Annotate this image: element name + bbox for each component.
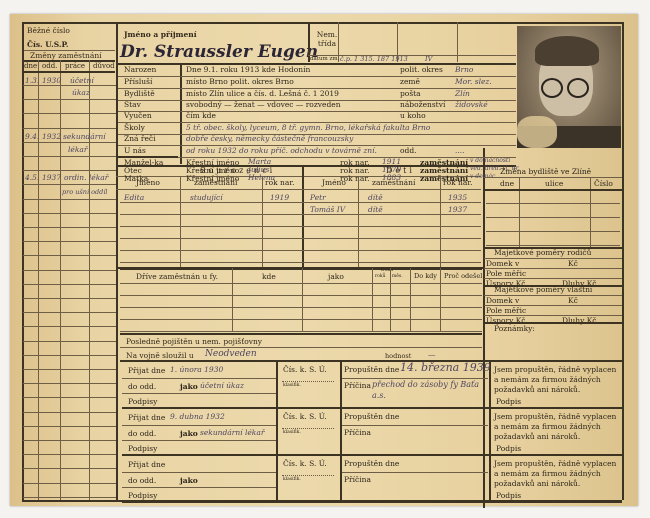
nem-trida-label: Nem. třída bbox=[313, 30, 341, 48]
rule bbox=[120, 268, 482, 270]
military-value: Neodveden bbox=[205, 349, 257, 359]
rule bbox=[23, 483, 116, 484]
property-kc: Kč bbox=[568, 259, 578, 268]
col-header: Jméno bbox=[136, 178, 160, 187]
divider bbox=[22, 71, 115, 73]
rule bbox=[120, 319, 482, 320]
property-field: Pole měřic bbox=[486, 306, 526, 315]
right-border bbox=[622, 22, 624, 500]
dept-label: do odd. bbox=[128, 429, 156, 438]
personal-row-value: 5 tř. obec. školy, lyceum, 8 tř. gymn. B… bbox=[186, 123, 430, 132]
rule bbox=[122, 472, 276, 473]
hired-label: Přijat dne bbox=[128, 460, 165, 469]
personal-right-value: Mor. slez. bbox=[455, 77, 492, 86]
name-label: Jméno a příjmení bbox=[124, 30, 197, 39]
reason-label: Příčina bbox=[344, 428, 371, 437]
residence-col: dne bbox=[500, 179, 514, 188]
csu-label: Čís. k. S. Ú. bbox=[283, 412, 327, 421]
as-label: jako bbox=[180, 382, 198, 391]
divider bbox=[120, 333, 482, 335]
changes-title: Změny zaměstnání bbox=[30, 51, 102, 60]
person-job: dítě bbox=[368, 205, 383, 214]
classification-label: klasifik. bbox=[283, 383, 301, 388]
military-label: Na vojně sloužil u bbox=[126, 351, 194, 360]
residence-col: Číslo bbox=[594, 179, 613, 188]
personal-row-label: Bydliště bbox=[124, 89, 155, 98]
rule bbox=[23, 355, 116, 356]
signature-label: Podpis bbox=[496, 397, 521, 406]
personal-row-value: svobodný — ženat — vdovec — rozveden bbox=[186, 100, 341, 109]
rule bbox=[120, 214, 481, 215]
residence-col: ulice bbox=[545, 179, 563, 188]
divider bbox=[457, 22, 458, 62]
release-value: 14. března 1939 bbox=[400, 361, 491, 374]
personal-row-label: Stav bbox=[124, 100, 141, 109]
person-job: studující bbox=[190, 193, 223, 202]
change-work: úkaz bbox=[72, 88, 90, 97]
rule bbox=[302, 268, 303, 331]
rule bbox=[23, 397, 116, 398]
person-name: Edita bbox=[124, 193, 144, 202]
change-date: 1.3. bbox=[25, 76, 39, 85]
running-number-label: Běžné číslo bbox=[27, 26, 70, 35]
rule bbox=[340, 360, 342, 500]
signatures-label: Podpisy bbox=[128, 397, 157, 406]
divider bbox=[302, 165, 304, 267]
personal-row-label: U nás bbox=[124, 146, 146, 155]
rule bbox=[23, 341, 116, 342]
rule bbox=[23, 170, 116, 171]
rule bbox=[23, 497, 116, 498]
rule bbox=[23, 270, 116, 271]
rule bbox=[122, 393, 276, 394]
as-label: jako bbox=[180, 429, 198, 438]
rule bbox=[122, 407, 622, 409]
person-name: Tomáš IV bbox=[310, 205, 345, 214]
change-year: 1930 bbox=[42, 76, 61, 85]
usp-label: Čís. U.S.P. bbox=[27, 40, 69, 49]
rule bbox=[23, 312, 116, 313]
person-job: dítě bbox=[368, 193, 383, 202]
rule bbox=[486, 203, 620, 204]
rule bbox=[282, 381, 334, 382]
notes-label: Poznámky: bbox=[494, 324, 535, 333]
person-year: 1937 bbox=[448, 205, 467, 214]
change-year: 1932 bbox=[42, 132, 61, 141]
as-label: jako bbox=[180, 476, 198, 485]
rule bbox=[23, 412, 116, 413]
rule bbox=[486, 231, 620, 232]
rule bbox=[116, 189, 481, 190]
personal-right-label: země bbox=[400, 77, 420, 86]
prev-col-header: Proč odešel bbox=[444, 272, 482, 280]
rule bbox=[120, 202, 481, 203]
datum-value: č.p. 1 315. 187 1913 bbox=[340, 55, 408, 63]
job-value: v domácnosti bbox=[470, 157, 510, 164]
col-header-work: práce bbox=[65, 62, 85, 70]
top-border bbox=[22, 22, 622, 24]
hired-label: Přijat dne bbox=[128, 366, 165, 375]
property-field: Pole měřic bbox=[486, 269, 526, 278]
personal-row-value: Dne 9.1. roku 1913 kde Hodonín bbox=[186, 65, 310, 74]
rule bbox=[484, 189, 622, 191]
col-header: zaměstnání bbox=[194, 178, 237, 187]
release-label: Propuštěn dne bbox=[344, 365, 399, 374]
person-year: 1935 bbox=[448, 193, 467, 202]
as-value: účetní úkaz bbox=[200, 381, 244, 390]
personal-right-label: u koho bbox=[400, 111, 426, 120]
rule bbox=[120, 262, 481, 263]
rule bbox=[23, 326, 116, 327]
left-border bbox=[22, 22, 24, 500]
rule bbox=[23, 369, 116, 370]
rule bbox=[23, 241, 116, 242]
change-work: ordin. lékař bbox=[64, 173, 108, 182]
rule bbox=[23, 113, 116, 114]
release-statement: Jsem propuštěn, řádně vyplacen a nemám z… bbox=[494, 412, 620, 442]
release-statement: Jsem propuštěn, řádně vyplacen a nemám z… bbox=[494, 459, 620, 489]
rule bbox=[120, 283, 482, 284]
reason-label: Příčina bbox=[344, 475, 371, 484]
rule bbox=[23, 85, 116, 86]
datum-label: datum zm. bbox=[310, 56, 339, 62]
rule bbox=[342, 472, 488, 473]
change-date: 9.4. bbox=[25, 132, 39, 141]
personal-row-label: Narozen bbox=[124, 65, 156, 74]
property-house: Domek v bbox=[486, 259, 519, 268]
classification-label: klasifik. bbox=[283, 477, 301, 482]
rule bbox=[590, 177, 591, 247]
rule bbox=[276, 360, 278, 500]
divider bbox=[120, 347, 482, 348]
rule bbox=[23, 128, 116, 129]
as-value: sekundární lékař bbox=[200, 428, 264, 437]
col-header: Jméno bbox=[322, 178, 346, 187]
reason-value: přechod do zásoby fy Baťa a.s. bbox=[372, 379, 484, 401]
hired-value: 9. dubna 1932 bbox=[170, 412, 225, 421]
personal-row-value: místo Brno polit. okres Brno bbox=[186, 77, 294, 86]
rule bbox=[519, 177, 520, 247]
rule bbox=[120, 226, 481, 227]
rule bbox=[489, 360, 491, 500]
column-border bbox=[116, 22, 118, 500]
rule bbox=[390, 268, 391, 331]
change-work: pro ušní oddíl bbox=[62, 188, 108, 196]
prev-col-header: Do kdy bbox=[414, 272, 437, 280]
personal-row-label: Zná řeči bbox=[124, 134, 156, 143]
property-title: Majetkové poměry rodičů bbox=[494, 248, 591, 257]
name-value: Dr. Straussler Eugen bbox=[120, 42, 318, 62]
rule bbox=[282, 475, 334, 476]
property-title: Majetkové poměry vlastní bbox=[494, 285, 592, 294]
prev-col-header: roků bbox=[375, 274, 386, 279]
signatures-label: Podpisy bbox=[128, 491, 157, 500]
rule bbox=[342, 425, 488, 426]
rule bbox=[23, 468, 116, 469]
rule bbox=[23, 156, 116, 157]
hired-label: Přijat dne bbox=[128, 413, 165, 422]
col-header-dept: odd. bbox=[42, 62, 57, 70]
prev-col-header: jako bbox=[328, 272, 344, 281]
rule bbox=[23, 255, 116, 256]
personal-row-value: čím kde bbox=[186, 111, 216, 120]
divider bbox=[120, 360, 622, 362]
signature-label: Podpis bbox=[496, 444, 521, 453]
rule bbox=[122, 501, 622, 503]
rule bbox=[484, 177, 622, 178]
dept-label: do odd. bbox=[128, 476, 156, 485]
property-house: Domek v bbox=[486, 296, 519, 305]
reason-label: Příčina bbox=[344, 381, 371, 390]
rule bbox=[23, 184, 116, 185]
rule bbox=[23, 284, 116, 285]
col-line bbox=[89, 60, 90, 500]
col-header: zaměstnání bbox=[372, 178, 415, 187]
rule bbox=[120, 250, 481, 251]
rule bbox=[372, 268, 373, 331]
rule bbox=[120, 331, 482, 332]
rule bbox=[120, 238, 481, 239]
col-line bbox=[60, 60, 61, 500]
personal-right-value: židovské bbox=[455, 100, 488, 109]
rule bbox=[122, 487, 276, 488]
prev-col-header: Dříve zaměstnán u fy. bbox=[136, 272, 218, 281]
classification-label: klasifik. bbox=[283, 430, 301, 435]
rule bbox=[23, 383, 116, 384]
change-work: lékař bbox=[68, 145, 87, 154]
rule bbox=[120, 307, 482, 308]
rule bbox=[232, 268, 233, 331]
rule bbox=[122, 440, 276, 441]
release-statement: Jsem propuštěn, řádně vyplacen a nemám z… bbox=[494, 365, 620, 395]
personal-row-label: Vyučen bbox=[124, 111, 152, 120]
csu-label: Čís. k. S. Ú. bbox=[283, 459, 327, 468]
prev-col-header: Doba bbox=[381, 268, 393, 273]
rule bbox=[23, 440, 116, 441]
personal-right-value: Zlín bbox=[455, 89, 470, 98]
datum-extra: IV bbox=[425, 55, 432, 63]
rule bbox=[23, 454, 116, 455]
rule bbox=[118, 111, 516, 112]
rule bbox=[486, 245, 620, 246]
personal-right-label: odd. bbox=[400, 146, 417, 155]
col-line bbox=[38, 60, 39, 500]
rule bbox=[122, 378, 276, 379]
person-name: Petr bbox=[310, 193, 326, 202]
property-kc: Kč bbox=[568, 296, 578, 305]
change-year: 1937 bbox=[42, 173, 61, 182]
personal-row-label: Přísluší bbox=[124, 77, 152, 86]
col-header-date: dne bbox=[24, 62, 37, 70]
personal-row-value: dobře česky, německy částečně francouzsk… bbox=[186, 134, 353, 143]
personal-right-label: pošta bbox=[400, 89, 421, 98]
change-work: účetní bbox=[70, 76, 94, 85]
rule bbox=[122, 425, 276, 426]
rule bbox=[23, 426, 116, 427]
rule bbox=[486, 217, 620, 218]
change-date: 4.5. bbox=[25, 173, 39, 182]
release-label: Propuštěn dne bbox=[344, 412, 399, 421]
rule bbox=[122, 454, 622, 456]
rule bbox=[23, 142, 116, 143]
prev-col-header: měs. bbox=[392, 274, 403, 279]
residence-title: Změna bydliště ve Zlíně bbox=[500, 167, 591, 176]
hired-value: 1. února 1930 bbox=[170, 365, 223, 374]
signature-label: Podpis bbox=[496, 491, 521, 500]
release-label: Propuštěn dne bbox=[344, 459, 399, 468]
rule bbox=[120, 295, 482, 296]
personal-row-value: od roku 1932 do roku příč. odchodu v tov… bbox=[186, 146, 377, 155]
signatures-label: Podpisy bbox=[128, 444, 157, 453]
rule bbox=[440, 268, 441, 331]
col-header: rok nar. bbox=[265, 178, 294, 187]
dept-label: do odd. bbox=[128, 382, 156, 391]
rule bbox=[23, 227, 116, 228]
personal-row-label: Školy bbox=[124, 123, 145, 132]
personal-row-value: místo Zlín ulice a čís. d. Lešná č. 1 20… bbox=[186, 89, 339, 98]
col-header: rok nar. bbox=[443, 178, 472, 187]
csu-label: Čís. k. S. Ú. bbox=[283, 365, 327, 374]
rule bbox=[23, 199, 116, 200]
personal-right-label: náboženství bbox=[400, 100, 445, 109]
rule bbox=[23, 213, 116, 214]
rule bbox=[23, 298, 116, 299]
change-work: sekundární bbox=[63, 132, 106, 141]
personal-right-value: .... bbox=[455, 146, 465, 155]
portrait-photo bbox=[517, 26, 621, 148]
prev-col-header: kde bbox=[262, 272, 276, 281]
insurance-label: Posledně pojištěn u nem. pojišťovny bbox=[126, 337, 262, 346]
divider bbox=[180, 64, 182, 164]
rule bbox=[23, 99, 116, 100]
rank-value: — bbox=[428, 350, 436, 359]
person-year: 1919 bbox=[270, 193, 289, 202]
personal-right-value: Brno bbox=[455, 65, 473, 74]
rule bbox=[282, 428, 334, 429]
rule bbox=[410, 268, 411, 331]
rank-label: hodnost bbox=[385, 352, 411, 360]
personal-right-label: polit. okres bbox=[400, 65, 443, 74]
col-header-reason: důvod bbox=[93, 62, 115, 70]
